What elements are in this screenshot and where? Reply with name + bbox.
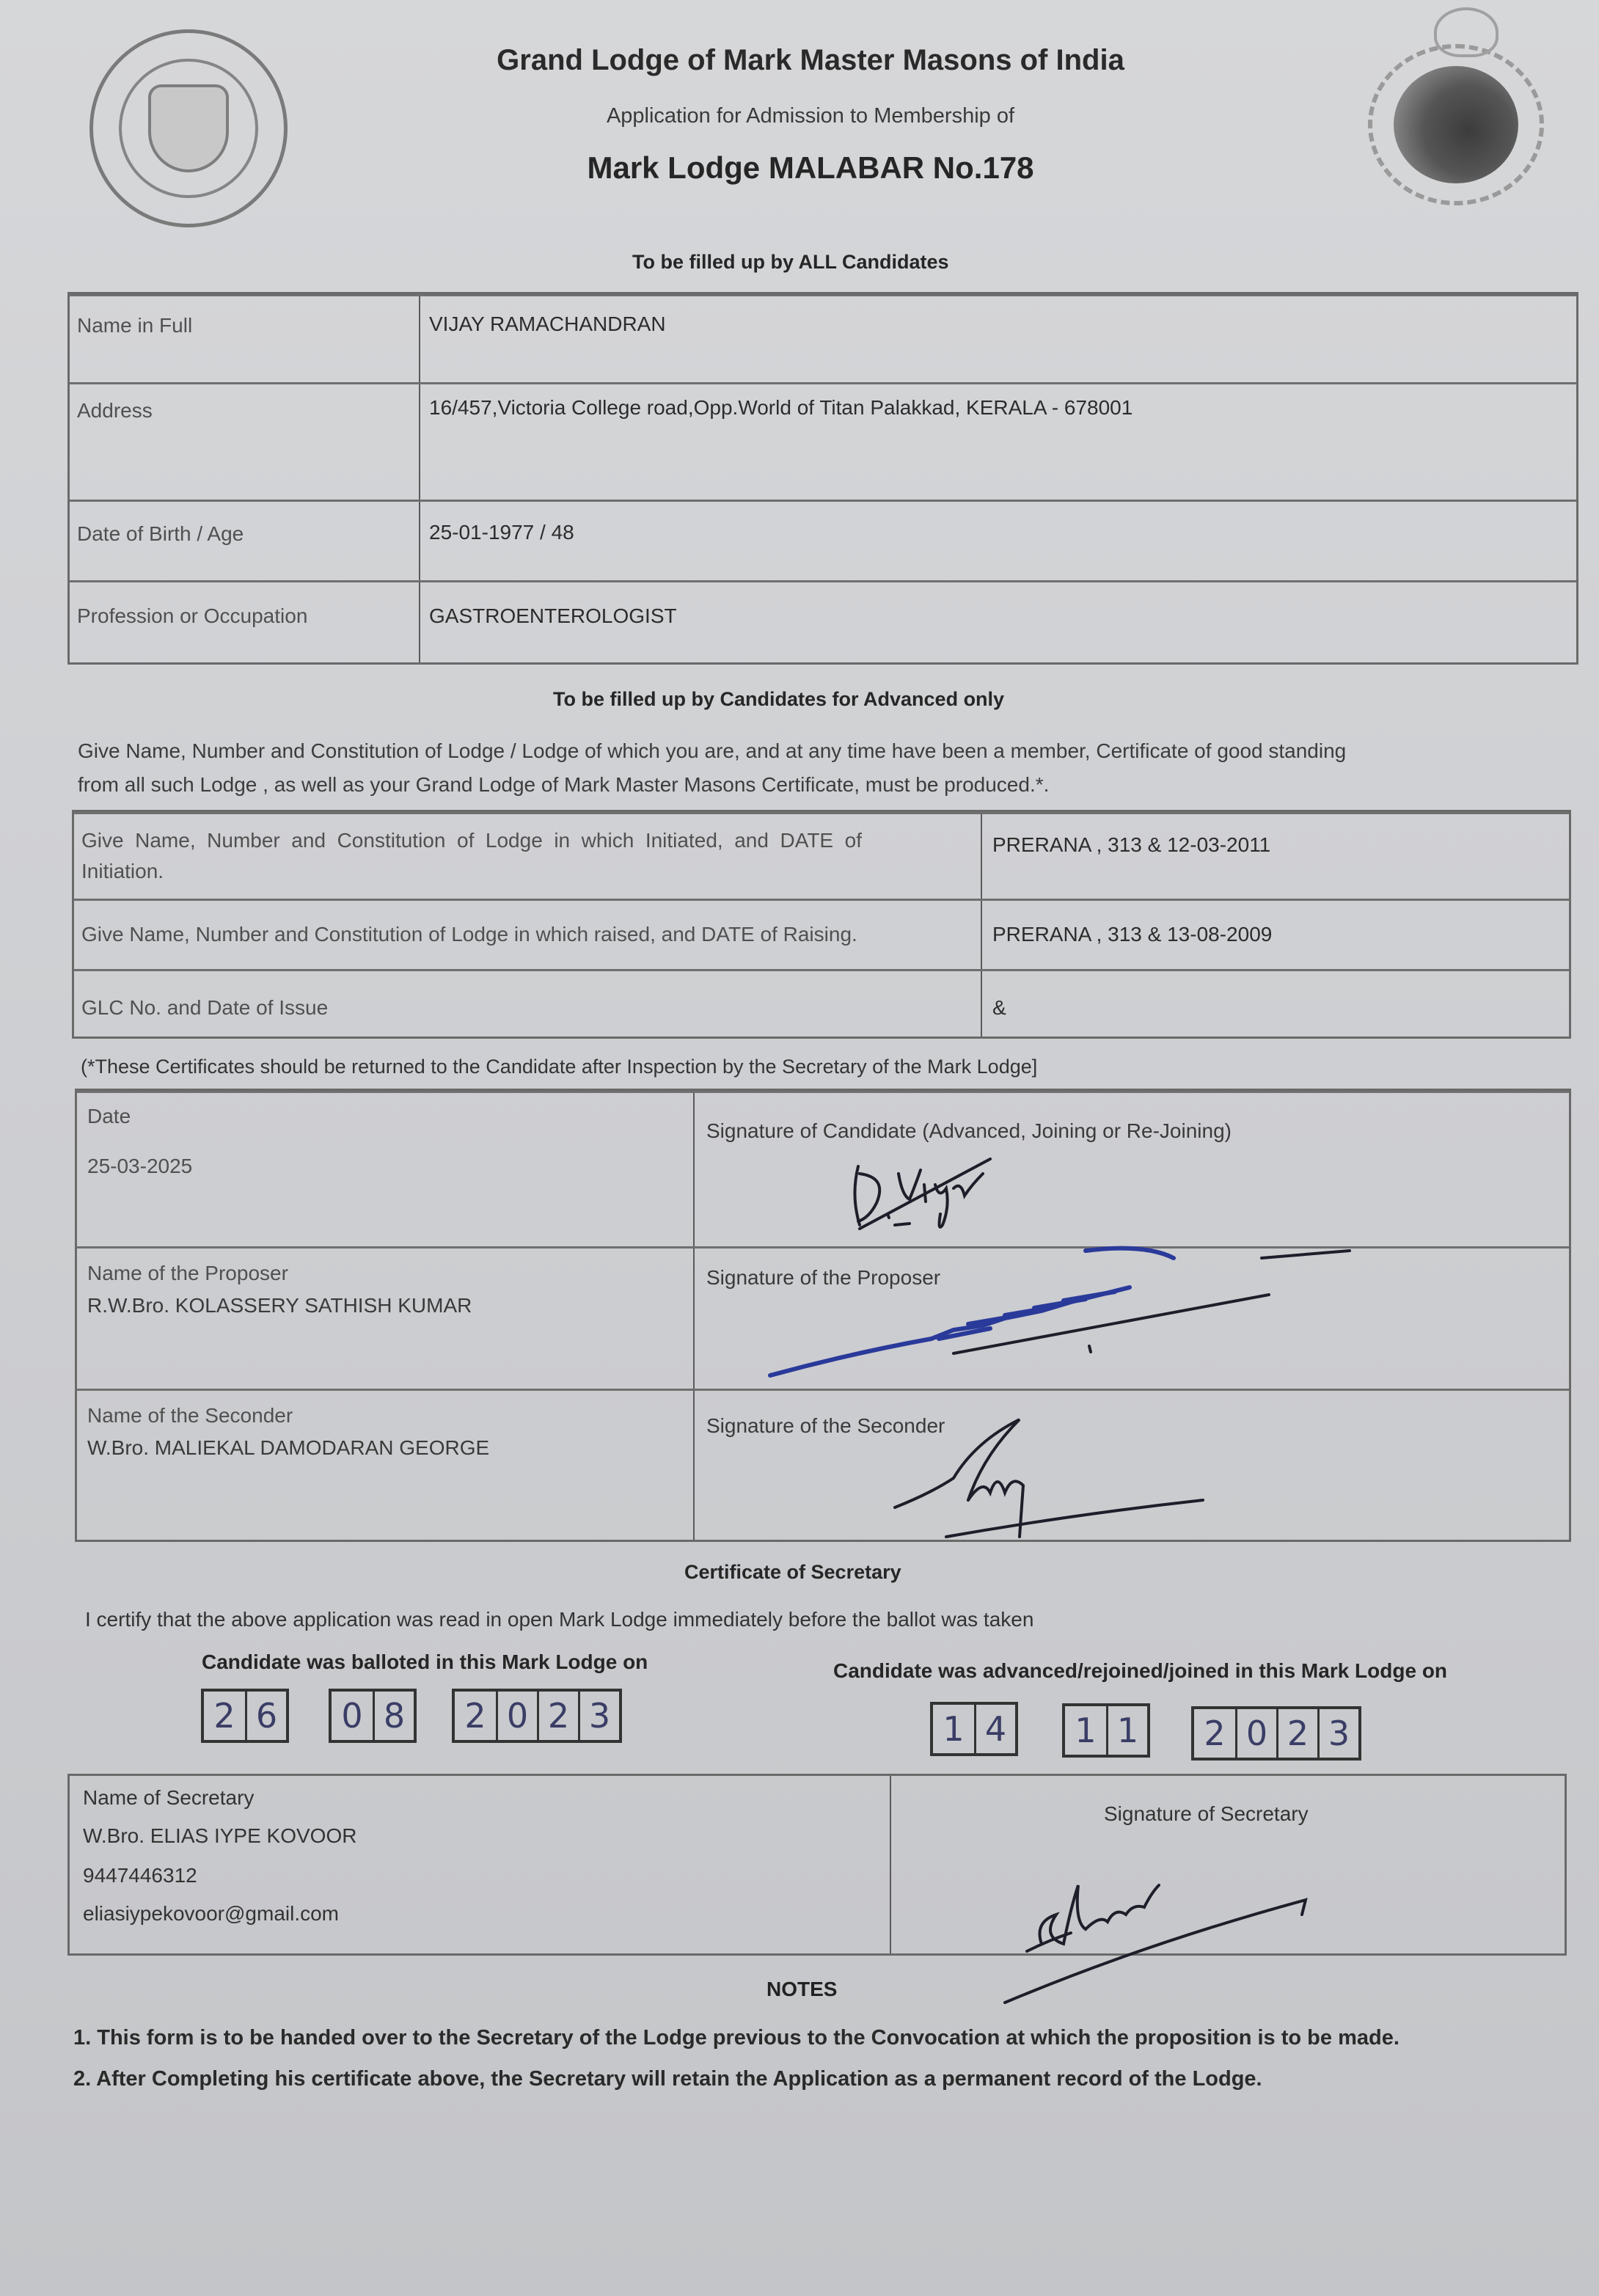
secretary-email: eliasiypekovoor@gmail.com (83, 1902, 339, 1926)
certificates-footnote: (*These Certificates should be returned … (81, 1050, 1037, 1083)
note-item-2: 2. After Completing his certificate abov… (73, 2067, 1262, 2091)
balloted-month-boxes: 0 8 (329, 1689, 417, 1743)
note-item-1: 1. This form is to be handed over to the… (73, 2026, 1399, 2050)
date-value: 25-03-2025 (87, 1155, 192, 1178)
table-row-initiation: Give Name, Number and Constitution of Lo… (74, 812, 1569, 899)
lodge-name: Mark Lodge MALABAR No.178 (0, 150, 1599, 186)
secretary-name-label: Name of Secretary (83, 1786, 254, 1810)
advanced-year-boxes: 2 0 2 3 (1191, 1706, 1361, 1761)
balloted-month-digit: 0 (332, 1692, 373, 1740)
advanced-month-digit: 1 (1065, 1706, 1106, 1755)
balloted-day-digit: 2 (204, 1692, 245, 1740)
profession-label: Profession or Occupation (77, 604, 307, 628)
advanced-year-digit: 0 (1235, 1709, 1276, 1758)
proposer-name-label: Name of the Proposer (87, 1262, 288, 1285)
profession-value: GASTROENTEROLOGIST (429, 604, 677, 628)
secretary-signature-icon (998, 1863, 1320, 2010)
proposer-signature-icon (763, 1236, 1364, 1383)
address-label: Address (77, 399, 153, 423)
balloted-day-digit: 6 (245, 1692, 286, 1740)
advanced-year-digit: 3 (1317, 1709, 1358, 1758)
candidate-signature-label: Signature of Candidate (Advanced, Joinin… (706, 1119, 1232, 1143)
seconder-name-label: Name of the Seconder (87, 1404, 293, 1427)
candidate-signature-icon (844, 1144, 1005, 1240)
proposer-name: R.W.Bro. KOLASSERY SATHISH KUMAR (87, 1294, 472, 1317)
table-row-seconder: Name of the Seconder W.Bro. MALIEKAL DAM… (77, 1389, 1569, 1544)
table-row-dob: Date of Birth / Age 25-01-1977 / 48 (70, 500, 1576, 580)
raising-label: Give Name, Number and Constitution of Lo… (81, 923, 857, 946)
table-row-glc: GLC No. and Date of Issue & (74, 969, 1569, 1041)
lodge-history-table: Give Name, Number and Constitution of Lo… (72, 810, 1571, 1039)
balloted-day-boxes: 2 6 (201, 1689, 289, 1743)
notes-heading: NOTES (766, 1978, 837, 2001)
glc-value: & (992, 996, 1006, 1020)
secretary-certificate-heading: Certificate of Secretary (684, 1561, 901, 1584)
advanced-day-boxes: 1 4 (930, 1702, 1018, 1756)
secretary-certificate-statement: I certify that the above application was… (85, 1604, 1033, 1636)
secretary-name: W.Bro. ELIAS IYPE KOVOOR (83, 1824, 356, 1848)
advanced-label: Candidate was advanced/rejoined/joined i… (833, 1659, 1447, 1683)
name-label: Name in Full (77, 314, 192, 337)
document-title: Grand Lodge of Mark Master Masons of Ind… (0, 44, 1599, 77)
dob-label: Date of Birth / Age (77, 522, 244, 546)
balloted-year-digit: 3 (578, 1692, 619, 1740)
date-label: Date (87, 1105, 131, 1128)
balloted-month-digit: 8 (373, 1692, 414, 1740)
seconder-name: W.Bro. MALIEKAL DAMODARAN GEORGE (87, 1436, 489, 1460)
table-row-date-candidate: Date 25-03-2025 Signature of Candidate (… (77, 1091, 1569, 1246)
section-heading-advanced: To be filled up by Candidates for Advanc… (553, 688, 1004, 711)
table-row-profession: Profession or Occupation GASTROENTEROLOG… (70, 580, 1576, 667)
balloted-year-digit: 2 (455, 1692, 496, 1740)
balloted-year-boxes: 2 0 2 3 (452, 1689, 622, 1743)
balloted-year-digit: 2 (537, 1692, 578, 1740)
advanced-year-digit: 2 (1276, 1709, 1317, 1758)
glc-label: GLC No. and Date of Issue (81, 996, 328, 1020)
dob-value: 25-01-1977 / 48 (429, 521, 574, 544)
table-row-address: Address 16/457,Victoria College road,Opp… (70, 382, 1576, 500)
balloted-label: Candidate was balloted in this Mark Lodg… (202, 1650, 648, 1674)
advanced-instruction-line2: from all such Lodge , as well as your Gr… (78, 769, 1049, 801)
advanced-instruction-line1: Give Name, Number and Constitution of Lo… (78, 735, 1346, 767)
table-row-name: Name in Full VIJAY RAMACHANDRAN (70, 294, 1576, 382)
table-row-raising: Give Name, Number and Constitution of Lo… (74, 899, 1569, 969)
secretary-signature-label: Signature of Secretary (1104, 1802, 1309, 1826)
name-value: VIJAY RAMACHANDRAN (429, 312, 666, 336)
candidate-details-table: Name in Full VIJAY RAMACHANDRAN Address … (67, 292, 1578, 665)
secretary-phone: 9447446312 (83, 1864, 197, 1887)
advanced-month-digit: 1 (1106, 1706, 1147, 1755)
advanced-day-digit: 1 (933, 1705, 974, 1753)
document-subtitle: Application for Admission to Membership … (0, 104, 1599, 128)
seconder-signature-icon (888, 1412, 1210, 1544)
application-form-page: Grand Lodge of Mark Master Masons of Ind… (0, 0, 1599, 2296)
advanced-day-digit: 4 (974, 1705, 1015, 1753)
secretary-table: Name of Secretary W.Bro. ELIAS IYPE KOVO… (67, 1774, 1567, 1956)
initiation-value: PRERANA , 313 & 12-03-2011 (992, 833, 1270, 857)
address-value: 16/457,Victoria College road,Opp.World o… (429, 396, 1133, 420)
balloted-year-digit: 0 (496, 1692, 537, 1740)
advanced-year-digit: 2 (1194, 1709, 1235, 1758)
raising-value: PRERANA , 313 & 13-08-2009 (992, 923, 1272, 946)
initiation-label: Give Name, Number and Constitution of Lo… (81, 829, 973, 883)
advanced-month-boxes: 1 1 (1062, 1703, 1150, 1758)
section-heading-all-candidates: To be filled up by ALL Candidates (632, 251, 949, 274)
